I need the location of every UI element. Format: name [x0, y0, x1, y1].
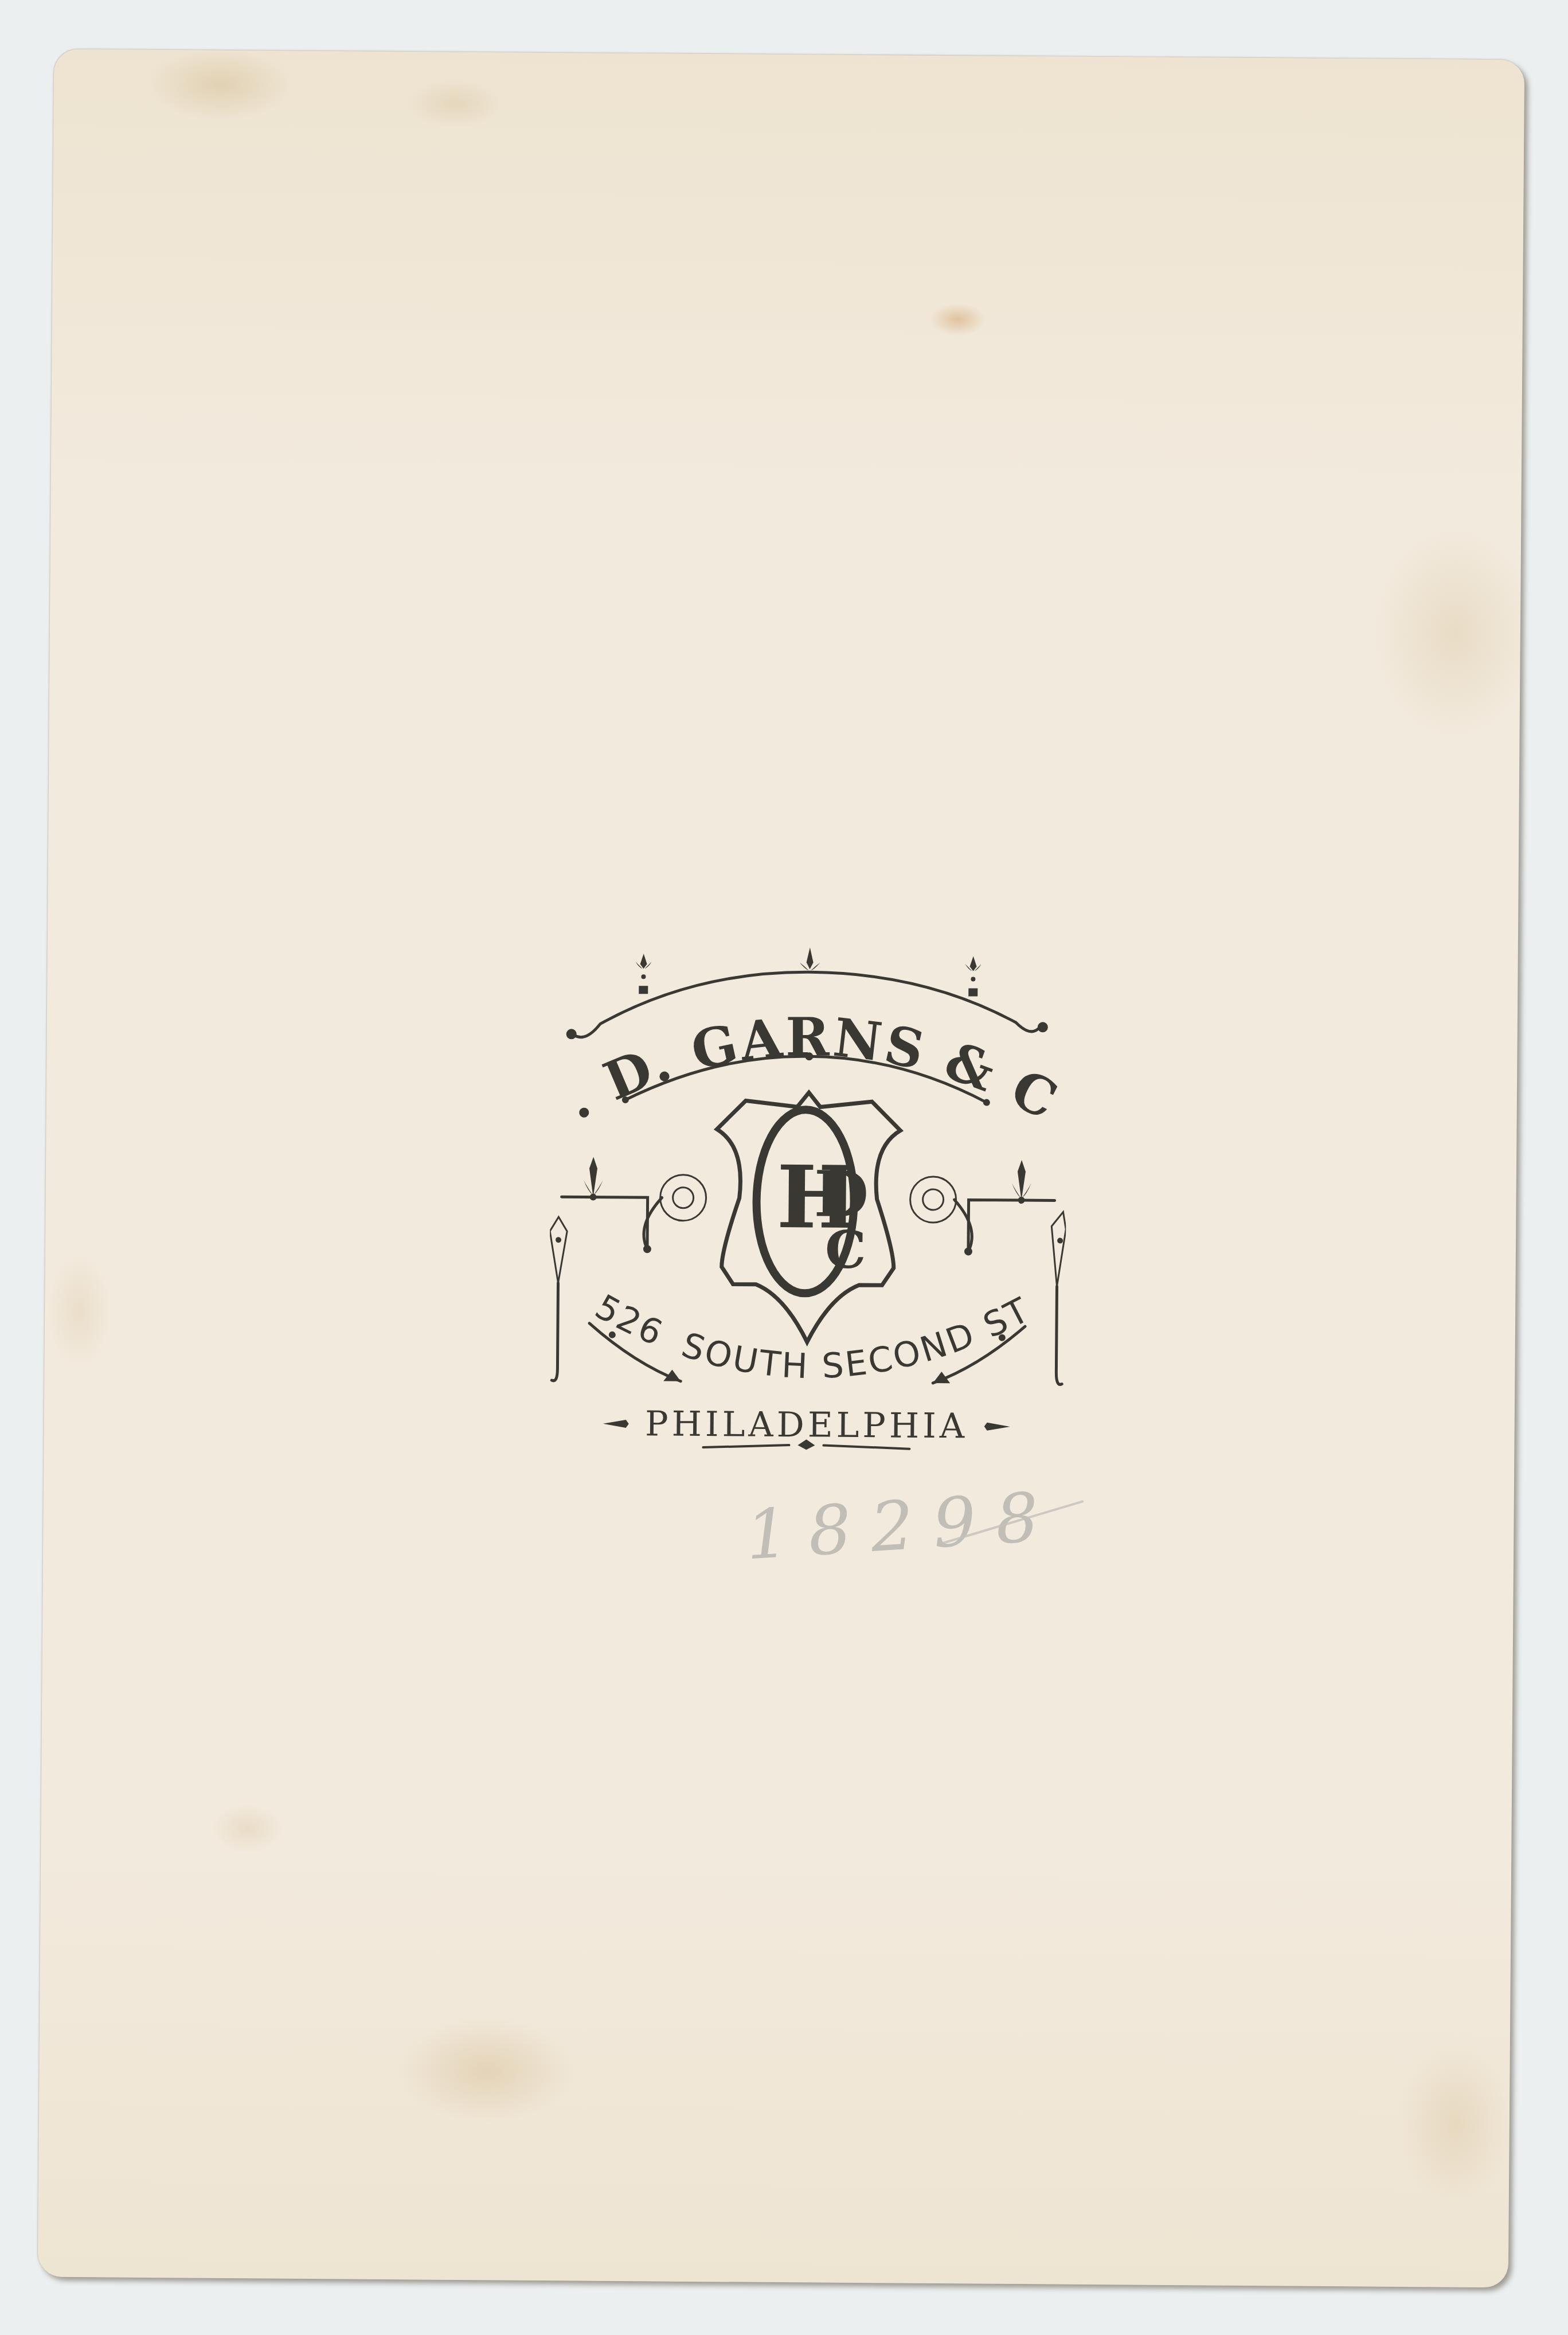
shield-monogram: H D C	[643, 1091, 973, 1343]
photographer-imprint: H. D. GARNS & Co.	[548, 927, 1068, 1470]
imprint-artwork: H. D. GARNS & Co.	[548, 927, 1068, 1470]
monogram-c: C	[825, 1220, 866, 1281]
street-address: 526 SOUTH SECOND ST	[588, 1286, 1038, 1388]
cabinet-card-back: H. D. GARNS & Co.	[38, 49, 1524, 2288]
pencil-inventory-number: 18298	[744, 1477, 1061, 1575]
